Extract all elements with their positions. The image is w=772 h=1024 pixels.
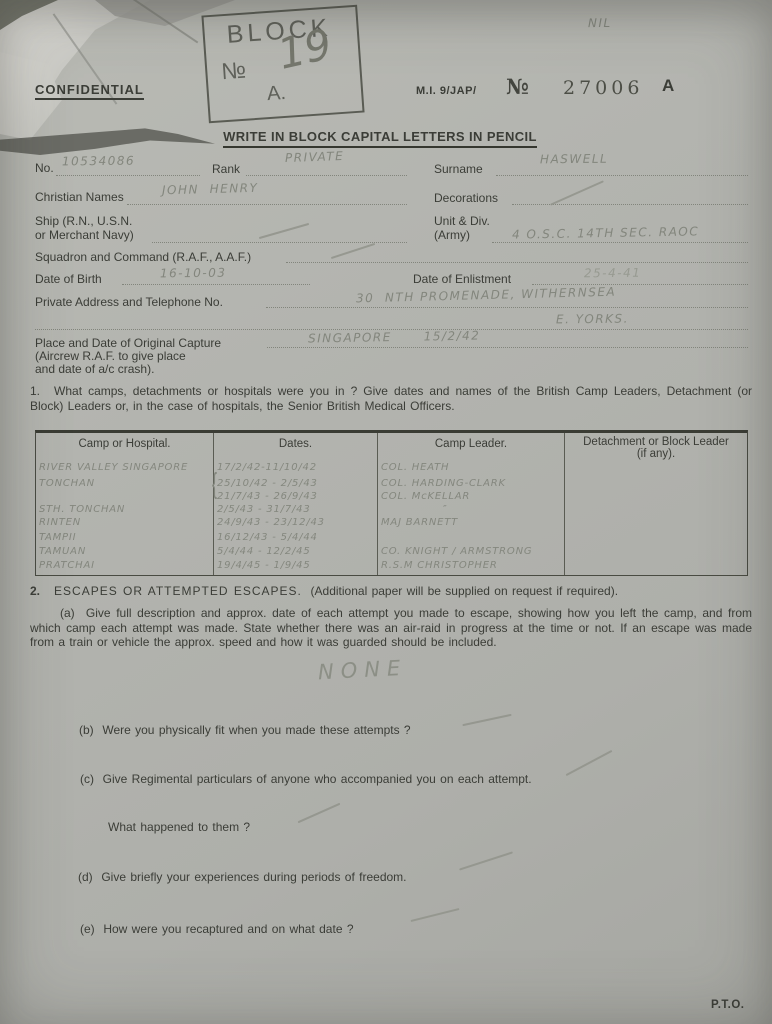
camp-dates: 19/4/45 - 1/9/45 bbox=[217, 560, 374, 573]
enlistment-label: Date of Enlistment bbox=[413, 272, 511, 286]
camp-name: TAMPII bbox=[39, 532, 210, 545]
torn-paper-decoration bbox=[0, 0, 70, 40]
stamp-handwritten-number: 19 bbox=[273, 19, 336, 79]
christian-names-rule bbox=[127, 203, 407, 205]
question-1: 1.What camps, detachments or hospitals w… bbox=[30, 384, 752, 413]
rank-rule bbox=[246, 174, 407, 176]
rank-value: PRIVATE bbox=[285, 149, 345, 165]
camp-dates: 16/12/43 - 5/4/44 bbox=[217, 532, 374, 545]
camp-name: TONCHAN bbox=[39, 478, 210, 491]
surname-rule bbox=[496, 174, 748, 176]
col-header-leader: Camp Leader. bbox=[378, 433, 565, 464]
question-2a: (a) Give full description and approx. da… bbox=[30, 606, 752, 650]
col-header-dates: Dates. bbox=[214, 433, 378, 464]
camp-dates-line2: 21/7/43 - 26/9/43 bbox=[217, 491, 374, 504]
christian-names-label: Christian Names bbox=[35, 190, 124, 204]
capture-label-line3: and date of a/c crash). bbox=[35, 362, 154, 376]
question-2c: (c) Give Regimental particulars of anyon… bbox=[80, 772, 730, 787]
page-turn-over-note: P.T.O. bbox=[711, 999, 744, 1011]
squadron-label: Squadron and Command (R.A.F., A.A.F.) bbox=[35, 250, 251, 264]
christian-names-value: JOHN HENRY bbox=[162, 181, 259, 198]
camp-name: STH. TONCHAN bbox=[39, 504, 210, 517]
decorations-pencil-dash bbox=[550, 180, 604, 205]
squadron-rule bbox=[286, 261, 748, 263]
question-2e-text: How were you recaptured and on what date… bbox=[103, 922, 353, 936]
unit-label-line1: Unit & Div. bbox=[434, 214, 490, 228]
form-title: WRITE IN BLOCK CAPITAL LETTERS IN PENCIL bbox=[180, 129, 580, 148]
no-rule bbox=[56, 174, 200, 176]
question-2b-text: Were you physically fit when you made th… bbox=[102, 723, 410, 737]
table-row: RIVER VALLEY SINGAPORE 17/2/42-11/10/42 … bbox=[36, 464, 747, 478]
camp-leader: CO. KNIGHT / ARMSTRONG bbox=[381, 546, 561, 559]
camp-name: RINTEN bbox=[39, 517, 210, 530]
squadron-pencil-dash bbox=[331, 243, 375, 259]
torn-paper-decoration bbox=[0, 0, 170, 125]
table-row: TAMPII 16/12/43 - 5/4/44 bbox=[36, 532, 747, 546]
question-2c-label: (c) bbox=[80, 772, 94, 786]
question-2a-label: (a) bbox=[60, 606, 75, 620]
camp-dates: 24/9/43 - 23/12/43 bbox=[217, 517, 374, 530]
camp-dates: 25/10/42 - 2/5/43 bbox=[217, 478, 374, 491]
address-label: Private Address and Telephone No. bbox=[35, 295, 223, 309]
camp-name: RIVER VALLEY SINGAPORE bbox=[39, 462, 210, 475]
camp-leader: R.S.M CHRISTOPHER bbox=[381, 560, 561, 573]
none-handwritten-answer: NONE bbox=[317, 656, 407, 685]
col-header-detachment: Detachment or Block Leader (if any). bbox=[565, 433, 747, 464]
table-row: STH. TONCHAN 2/5/43 - 31/7/43 ″ bbox=[36, 504, 747, 517]
ship-rule bbox=[152, 241, 407, 243]
camp-leader-ditto: ″ bbox=[381, 504, 561, 517]
no-label: No. bbox=[35, 161, 54, 175]
table-row: PRATCHAI 19/4/45 - 1/9/45 R.S.M CHRISTOP… bbox=[36, 560, 747, 575]
capture-rule bbox=[267, 346, 748, 348]
ship-label-line1: Ship (R.N., U.S.N. bbox=[35, 214, 132, 228]
question-2d-pencil-dash bbox=[459, 851, 513, 870]
camp-name: TAMUAN bbox=[39, 546, 210, 559]
reference-number: 27006 bbox=[563, 77, 643, 99]
question-2c-text: Give Regimental particulars of anyone wh… bbox=[103, 772, 532, 786]
capture-label-line2: (Aircrew R.A.F. to give place bbox=[35, 349, 186, 363]
date-of-birth-rule bbox=[122, 283, 310, 285]
surname-label: Surname bbox=[434, 162, 483, 176]
paper-crease-decoration bbox=[98, 0, 199, 43]
question-2a-text: Give full description and approx. date o… bbox=[30, 606, 752, 649]
confidential-marking: CONFIDENTIAL bbox=[35, 82, 144, 100]
camp-leader: MAJ BARNETT bbox=[381, 517, 561, 530]
col-header-camp: Camp or Hospital. bbox=[36, 433, 214, 464]
question-1-text: What camps, detachments or hospitals wer… bbox=[30, 384, 752, 413]
rank-label: Rank bbox=[212, 162, 240, 176]
address-value: 30 NTH PROMENADE, WITHERNSEA bbox=[356, 285, 616, 306]
camp-leader: COL. HARDING-CLARK bbox=[381, 478, 561, 491]
camp-dates: 5/4/44 - 12/2/45 bbox=[217, 546, 374, 559]
camps-table: Camp or Hospital. Dates. Camp Leader. De… bbox=[35, 430, 748, 576]
question-2d-label: (d) bbox=[78, 870, 93, 884]
pow-questionnaire-form: CONFIDENTIAL BLOCK № 19 A. NIL M.I. 9/JA… bbox=[0, 0, 772, 1024]
stamp-no-abbrev: № bbox=[220, 57, 247, 86]
question-2-note: (Additional paper will be supplied on re… bbox=[311, 584, 619, 598]
ship-pencil-dash bbox=[259, 223, 310, 239]
ship-label-line2: or Merchant Navy) bbox=[35, 228, 134, 242]
table-row: RINTEN 24/9/43 - 23/12/43 MAJ BARNETT bbox=[36, 517, 747, 532]
question-2-title: ESCAPES OR ATTEMPTED ESCAPES. bbox=[54, 584, 302, 598]
camp-leader-line2: COL. McKELLAR bbox=[381, 491, 561, 504]
decorations-label: Decorations bbox=[434, 191, 498, 205]
question-2c-sub-text: What happened to them ? bbox=[108, 820, 250, 834]
reference-suffix: A bbox=[662, 76, 674, 96]
question-2e-pencil-dash bbox=[411, 908, 460, 922]
reference-no-abbrev: № bbox=[506, 74, 529, 99]
capture-value: SINGAPORE 15/2/42 bbox=[308, 328, 481, 345]
pencil-note-nil: NIL bbox=[588, 16, 612, 30]
enlistment-value: 25-4-41 bbox=[584, 266, 641, 281]
camp-dates: 2/5/43 - 31/7/43 bbox=[217, 504, 374, 517]
date-of-birth-label: Date of Birth bbox=[35, 272, 102, 286]
enlistment-rule bbox=[532, 283, 748, 285]
camps-table-header: Camp or Hospital. Dates. Camp Leader. De… bbox=[36, 433, 747, 464]
camp-leader: COL. HEATH bbox=[381, 462, 561, 475]
capture-label-line1: Place and Date of Original Capture bbox=[35, 336, 221, 350]
camps-table-body: RIVER VALLEY SINGAPORE 17/2/42-11/10/42 … bbox=[36, 464, 747, 575]
question-2-heading: 2.ESCAPES OR ATTEMPTED ESCAPES. (Additio… bbox=[30, 584, 752, 599]
table-row: TONCHAN{ 25/10/42 - 2/5/43 21/7/43 - 26/… bbox=[36, 478, 747, 504]
question-2e-label: (e) bbox=[80, 922, 95, 936]
no-value: 10534086 bbox=[62, 154, 135, 169]
camp-dates: 17/2/42-11/10/42 bbox=[217, 462, 374, 475]
question-2d: (d) Give briefly your experiences during… bbox=[78, 870, 728, 885]
surname-value: HASWELL bbox=[540, 152, 608, 167]
table-row: TAMUAN 5/4/44 - 12/2/45 CO. KNIGHT / ARM… bbox=[36, 546, 747, 560]
question-1-number: 1. bbox=[30, 384, 40, 398]
reference-department: M.I. 9/JAP/ bbox=[416, 85, 477, 97]
unit-label-line2: (Army) bbox=[434, 228, 470, 242]
question-2b: (b) Were you physically fit when you mad… bbox=[79, 723, 729, 738]
block-number-stamp: BLOCK № 19 A. bbox=[201, 5, 364, 124]
address-rule bbox=[266, 306, 748, 308]
date-of-birth-value: 16-10-03 bbox=[160, 266, 227, 281]
question-2d-text: Give briefly your experiences during per… bbox=[101, 870, 406, 884]
decorations-rule bbox=[512, 203, 748, 205]
question-2b-label: (b) bbox=[79, 723, 94, 737]
stamp-letter: A. bbox=[266, 82, 286, 106]
camp-name: PRATCHAI bbox=[39, 560, 210, 573]
question-2c-sub: What happened to them ? bbox=[108, 820, 508, 835]
unit-value: 4 O.S.C. 14TH SEC. RAOC bbox=[512, 224, 699, 241]
question-2-number: 2. bbox=[30, 584, 40, 598]
question-2e: (e) How were you recaptured and on what … bbox=[80, 922, 730, 937]
address-value-line2: E. YORKS. bbox=[556, 312, 629, 327]
